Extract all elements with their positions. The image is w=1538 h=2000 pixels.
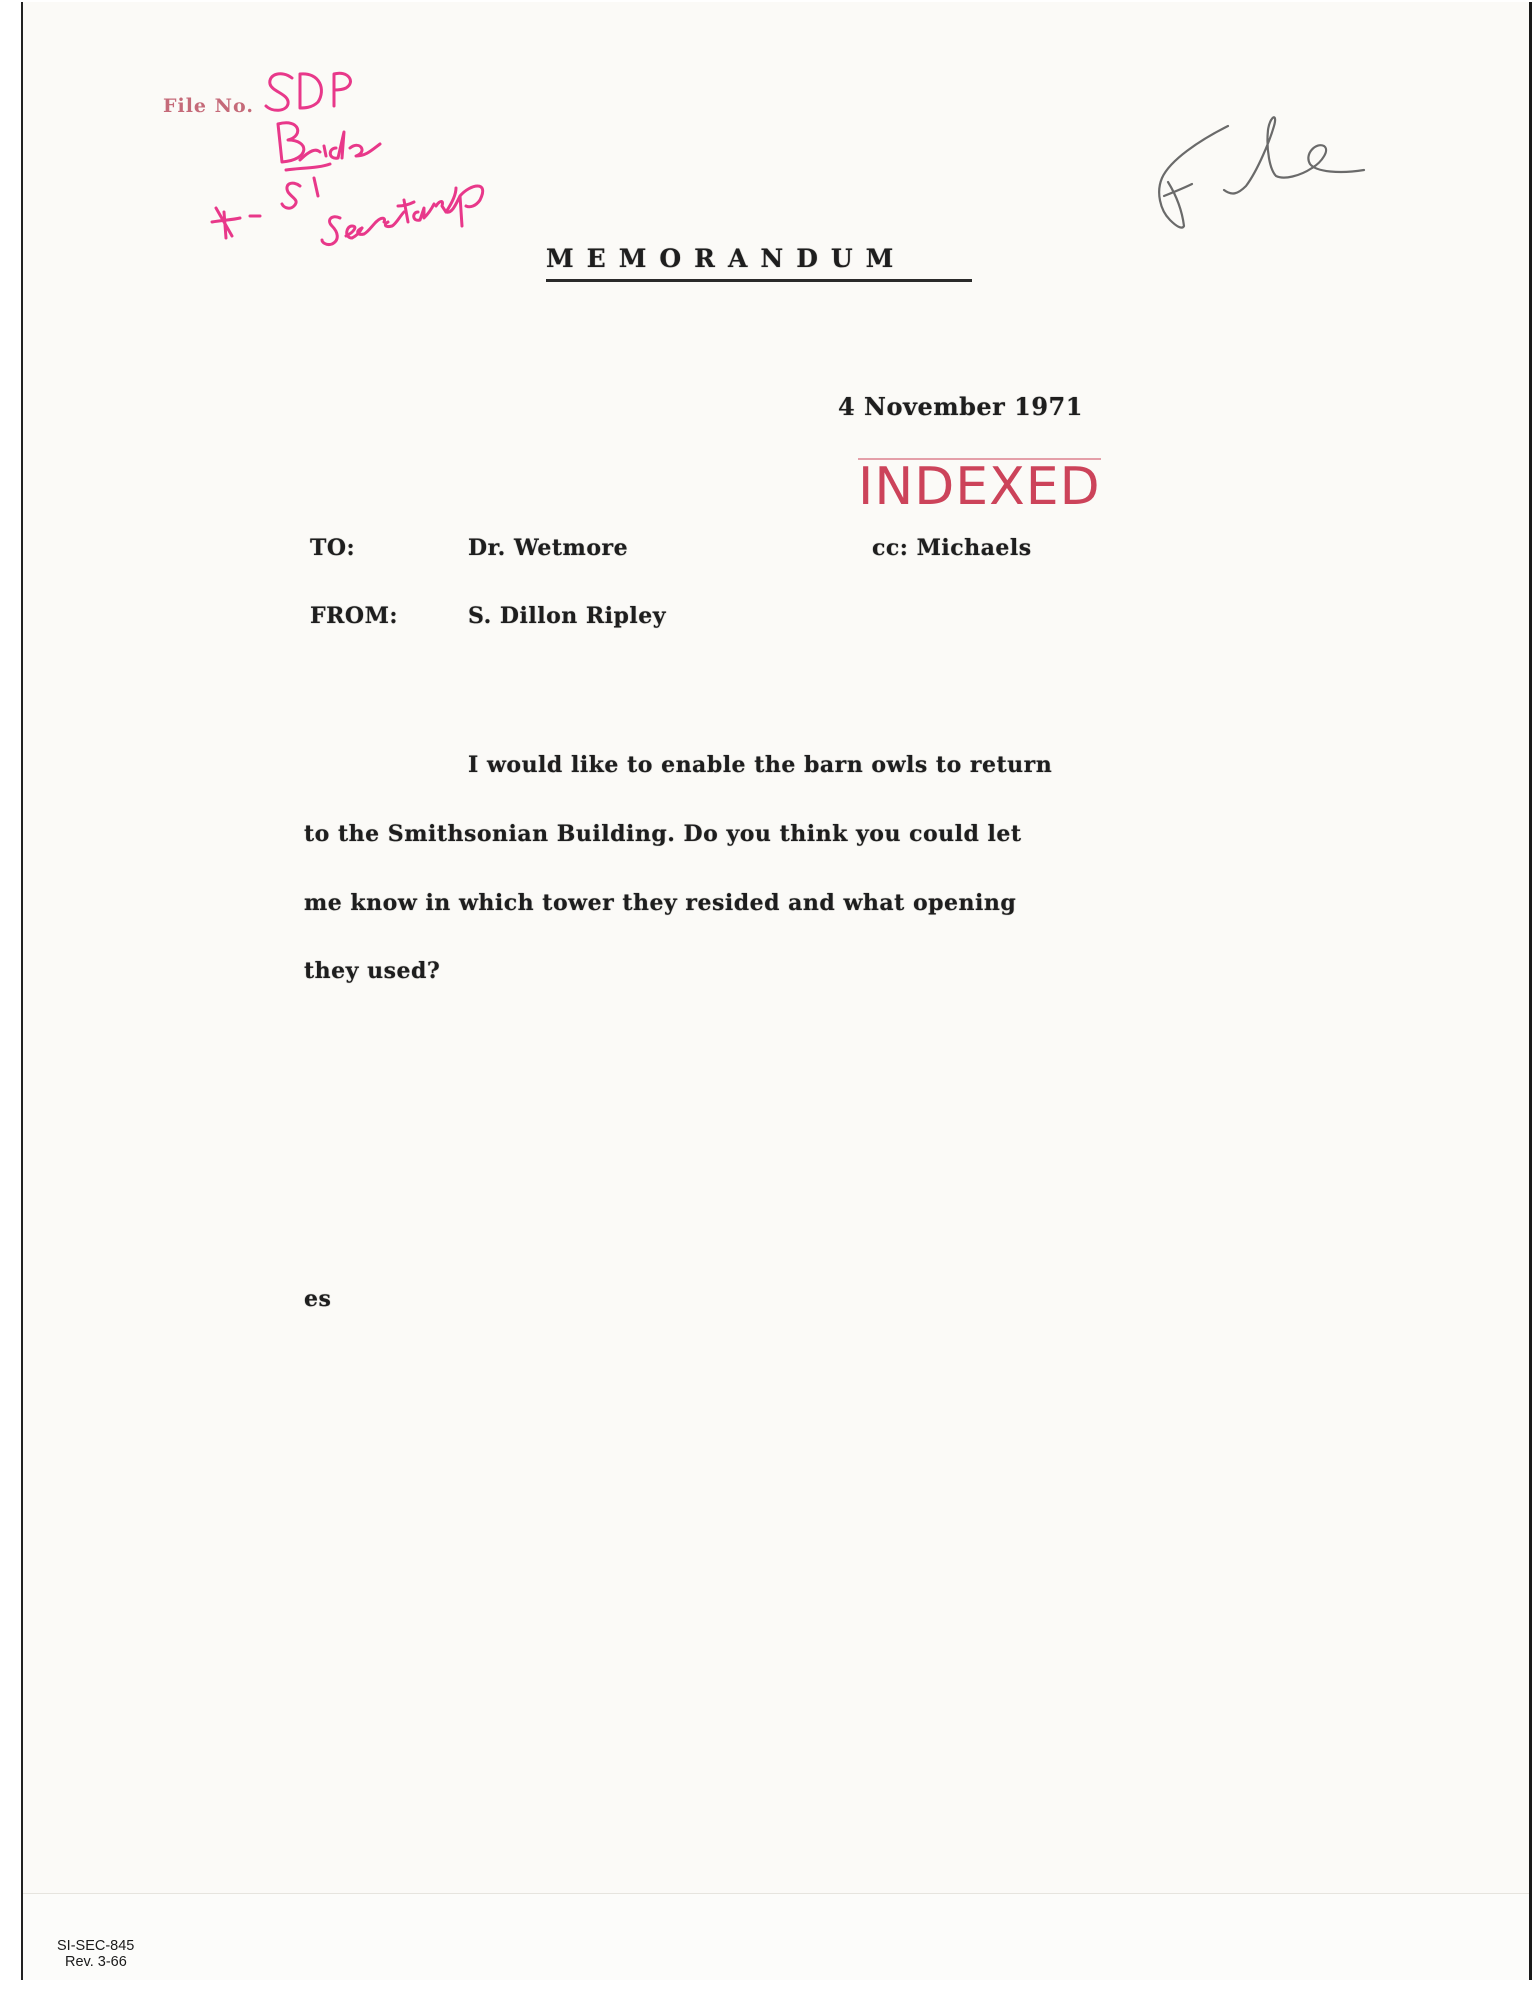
- body-line: I would like to enable the barn owls to …: [468, 752, 1052, 778]
- body-line: they used?: [304, 958, 440, 984]
- to-recipient: Dr. Wetmore: [468, 535, 628, 561]
- form-code: SI-SEC-845: [57, 1938, 134, 1954]
- memo-title: MEMORANDUM: [546, 244, 972, 282]
- body-line: me know in which tower they resided and …: [304, 890, 1016, 916]
- from-sender: S. Dillon Ripley: [468, 603, 666, 629]
- memo-date: 4 November 1971: [838, 392, 1083, 421]
- body-line: to the Smithsonian Building. Do you thin…: [304, 821, 1022, 847]
- form-revision: Rev. 3-66: [65, 1954, 127, 1970]
- cc-recipient: cc: Michaels: [872, 535, 1032, 561]
- form-footer-stub: [23, 1893, 1529, 1980]
- typist-initials: es: [304, 1286, 331, 1312]
- indexed-stamp: INDEXED: [858, 458, 1101, 515]
- to-label: TO:: [310, 535, 355, 561]
- from-label: FROM:: [310, 603, 398, 629]
